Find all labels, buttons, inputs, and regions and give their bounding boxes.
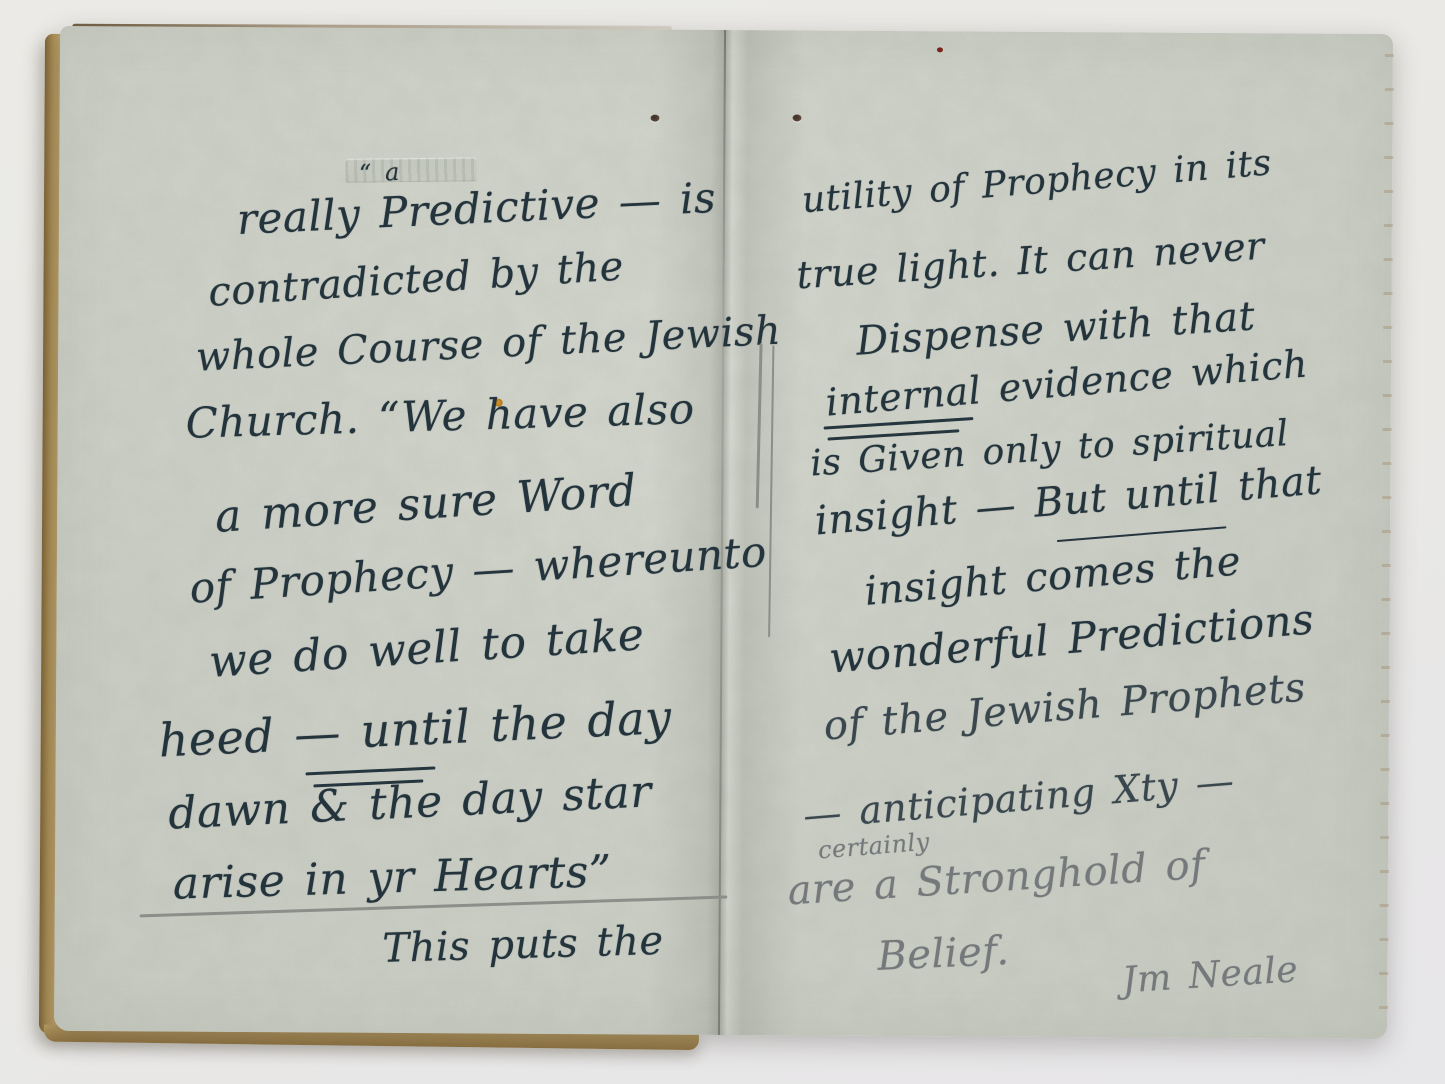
handwritten-line: insight comes the: [863, 538, 1243, 614]
letter-spread: “ a really Predictive — is contradicted …: [54, 26, 1393, 1039]
handwritten-line: Belief.: [876, 928, 1010, 980]
ink-underline: [1057, 526, 1227, 542]
pencil-margin-line: [768, 345, 774, 637]
signature: Jm Neale: [1121, 949, 1299, 1001]
paper-sheet: “ a really Predictive — is contradicted …: [54, 26, 1393, 1039]
photo-of-handwritten-letter: { "scene": { "background_color": "#e9e8e…: [0, 0, 1445, 1084]
handwritten-line: — anticipating Xty —: [801, 759, 1235, 838]
pencil-margin-line: [756, 343, 763, 508]
handwritten-line: utility of Prophecy in its: [800, 142, 1273, 221]
handwritten-line: true light. It can never: [795, 224, 1266, 298]
right-page: utility of Prophecy in its true light. I…: [54, 26, 1393, 1039]
